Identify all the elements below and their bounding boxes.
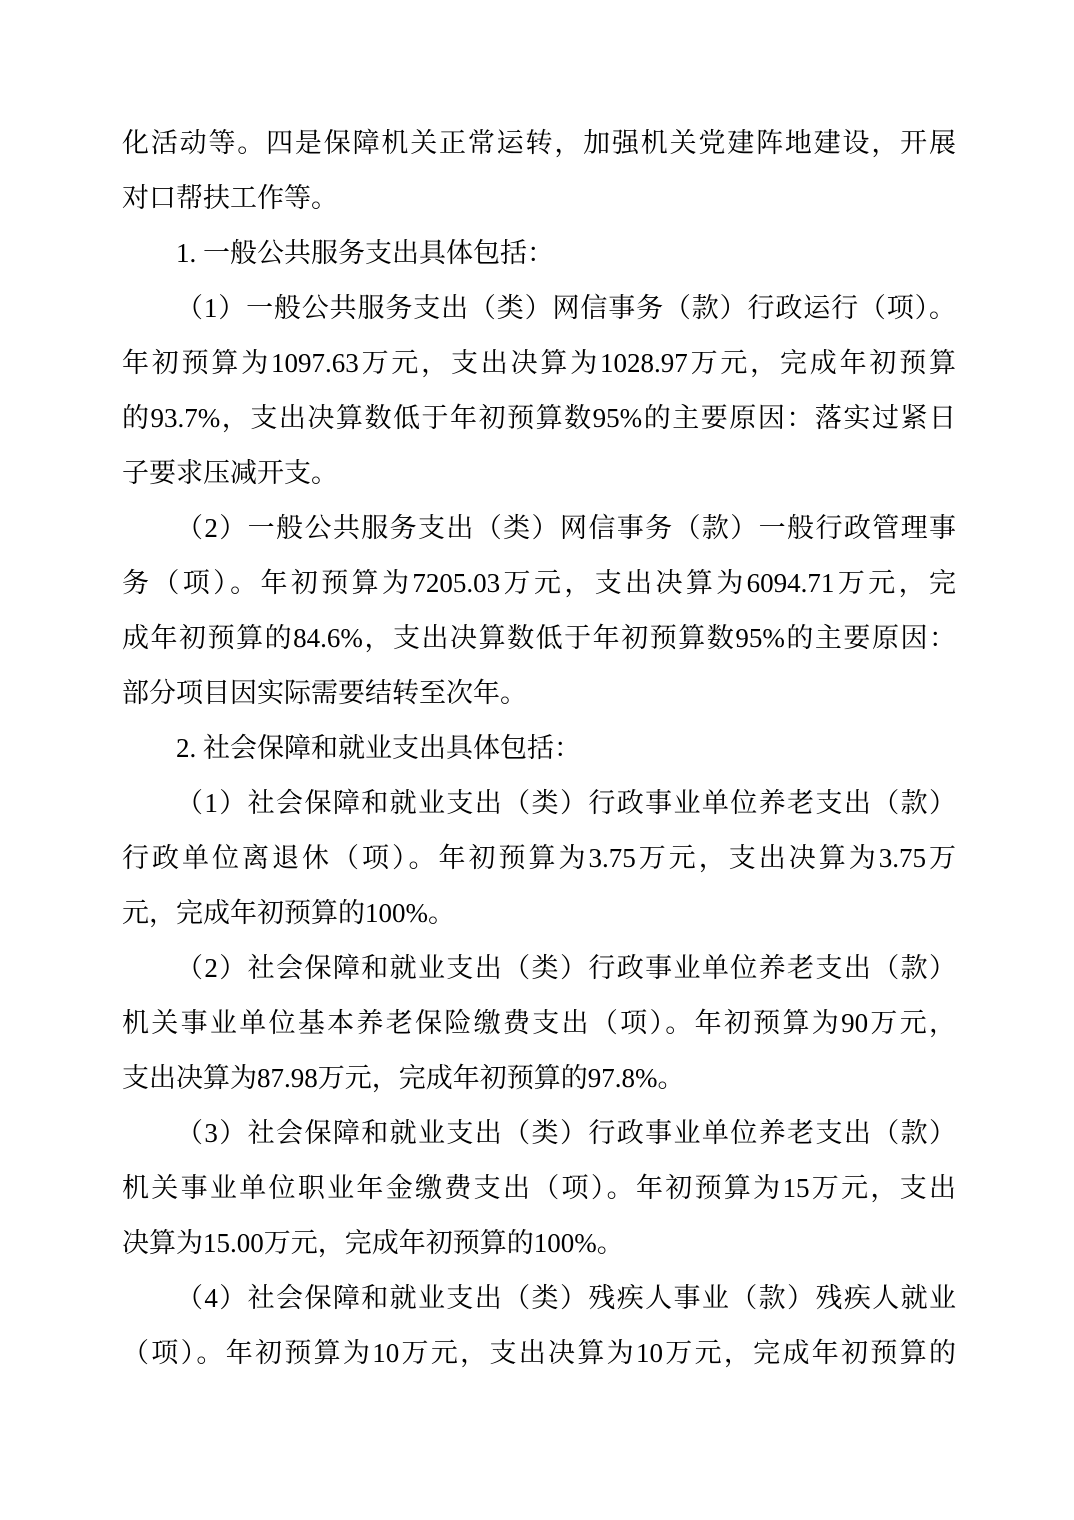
text-line: 务（项）。年初预算为7205.03万元，支出决算为6094.71万元，完 — [122, 556, 956, 611]
paragraph: 化活动等。四是保障机关正常运转，加强机关党建阵地建设，开展 对口帮扶工作等。 — [122, 116, 956, 226]
paragraph: （1）一般公共服务支出（类）网信事务（款）行政运行（项）。 年初预算为1097.… — [122, 281, 956, 501]
text-line: 成年初预算的84.6%，支出决算数低于年初预算数95%的主要原因： — [122, 611, 956, 666]
text-line: 对口帮扶工作等。 — [122, 171, 956, 226]
paragraph: （3）社会保障和就业支出（类）行政事业单位养老支出（款） 机关事业单位职业年金缴… — [122, 1106, 956, 1271]
paragraph: 2. 社会保障和就业支出具体包括： — [122, 721, 956, 776]
text-line: （项）。年初预算为10万元，支出决算为10万元，完成年初预算的 — [122, 1326, 956, 1381]
paragraph: （1）社会保障和就业支出（类）行政事业单位养老支出（款） 行政单位离退休（项）。… — [122, 776, 956, 941]
text-line: （4）社会保障和就业支出（类）残疾人事业（款）残疾人就业 — [122, 1271, 956, 1326]
paragraph: （4）社会保障和就业支出（类）残疾人事业（款）残疾人就业 （项）。年初预算为10… — [122, 1271, 956, 1381]
text-line: （1）一般公共服务支出（类）网信事务（款）行政运行（项）。 — [122, 281, 956, 336]
paragraph: 1. 一般公共服务支出具体包括： — [122, 226, 956, 281]
text-line: 机关事业单位职业年金缴费支出（项）。年初预算为15万元，支出 — [122, 1161, 956, 1216]
text-line: 机关事业单位基本养老保险缴费支出（项）。年初预算为90万元， — [122, 996, 956, 1051]
text-line: 的93.7%，支出决算数低于年初预算数95%的主要原因：落实过紧日 — [122, 391, 956, 446]
paragraph: （2）社会保障和就业支出（类）行政事业单位养老支出（款） 机关事业单位基本养老保… — [122, 941, 956, 1106]
text-line: 决算为15.00万元，完成年初预算的100%。 — [122, 1216, 956, 1271]
text-line: 行政单位离退休（项）。年初预算为3.75万元，支出决算为3.75万 — [122, 831, 956, 886]
text-line: （1）社会保障和就业支出（类）行政事业单位养老支出（款） — [122, 776, 956, 831]
text-line: （2）社会保障和就业支出（类）行政事业单位养老支出（款） — [122, 941, 956, 996]
text-line: 化活动等。四是保障机关正常运转，加强机关党建阵地建设，开展 — [122, 116, 956, 171]
text-line: 部分项目因实际需要结转至次年。 — [122, 666, 956, 721]
text-line: 年初预算为1097.63万元，支出决算为1028.97万元，完成年初预算 — [122, 336, 956, 391]
text-line: （2）一般公共服务支出（类）网信事务（款）一般行政管理事 — [122, 501, 956, 556]
text-line: 子要求压减开支。 — [122, 446, 956, 501]
text-line: 2. 社会保障和就业支出具体包括： — [122, 721, 956, 776]
document-page: 化活动等。四是保障机关正常运转，加强机关党建阵地建设，开展 对口帮扶工作等。 1… — [0, 0, 1074, 1520]
text-line: 1. 一般公共服务支出具体包括： — [122, 226, 956, 281]
paragraph: （2）一般公共服务支出（类）网信事务（款）一般行政管理事 务（项）。年初预算为7… — [122, 501, 956, 721]
text-line: 支出决算为87.98万元，完成年初预算的97.8%。 — [122, 1051, 956, 1106]
text-line: 元，完成年初预算的100%。 — [122, 886, 956, 941]
text-line: （3）社会保障和就业支出（类）行政事业单位养老支出（款） — [122, 1106, 956, 1161]
